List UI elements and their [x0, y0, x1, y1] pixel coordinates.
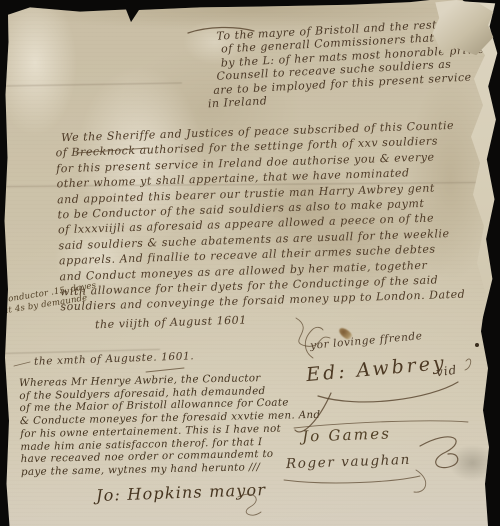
manuscript-paper: To the mayre of Bristoll and the rest of… — [0, 0, 500, 526]
body-block: We the Sheriffe and Justices of peace su… — [55, 118, 466, 334]
mayor-signature: Jo: Hopkins mayor — [96, 480, 267, 505]
signature-paraph: vid — [435, 363, 458, 380]
manuscript-scan: To the mayre of Bristoll and the rest of… — [0, 0, 500, 526]
fold-crease — [4, 82, 182, 86]
signature-ed-awbrey: Ed: Awbrey — [305, 352, 447, 386]
signature-jo-games: Jo Games — [302, 424, 392, 445]
signature-roger-vaughan: Roger vaughan — [286, 452, 411, 472]
endorsement-date: the xmth of Auguste. 1601. — [34, 350, 195, 368]
ink-dot — [475, 343, 479, 347]
endorsement-block: Whereas Mr Henrye Awbrie, the Conductor … — [19, 371, 322, 479]
closing-salutation: yor lovinge ffrende — [310, 330, 423, 352]
